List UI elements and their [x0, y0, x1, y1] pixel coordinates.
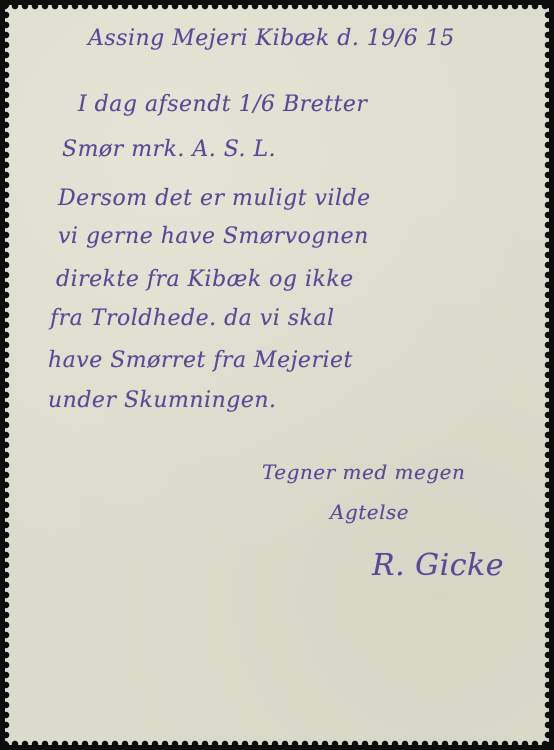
letter-line: direkte fra Kibæk og ikke: [56, 267, 354, 292]
letter-line: Smør mrk. A. S. L.: [62, 137, 276, 162]
letter-line: fra Troldhede. da vi skal: [50, 306, 335, 331]
letter-heading-place-date: Assing Mejeri Kibæk d. 19/6 15: [88, 26, 455, 51]
letter-line: Dersom det er muligt vilde: [58, 186, 371, 211]
perforated-edge-right: [544, 0, 552, 750]
closing-line: Tegner med megen: [262, 460, 465, 484]
letter-line: have Smørret fra Mejeriet: [48, 348, 353, 373]
letter-card: Assing Mejeri Kibæk d. 19/6 15 I dag afs…: [0, 0, 554, 750]
letter-line: I dag afsendt 1/6 Bretter: [78, 92, 367, 117]
perforated-edge-left: [2, 0, 10, 750]
signature: R. Gicke: [372, 548, 504, 583]
perforated-edge-top: [0, 2, 554, 10]
letter-line: under Skumningen.: [48, 388, 277, 413]
letter-line: vi gerne have Smørvognen: [58, 224, 369, 249]
perforated-edge-bottom: [0, 740, 554, 748]
closing-line: Agtelse: [330, 500, 409, 524]
